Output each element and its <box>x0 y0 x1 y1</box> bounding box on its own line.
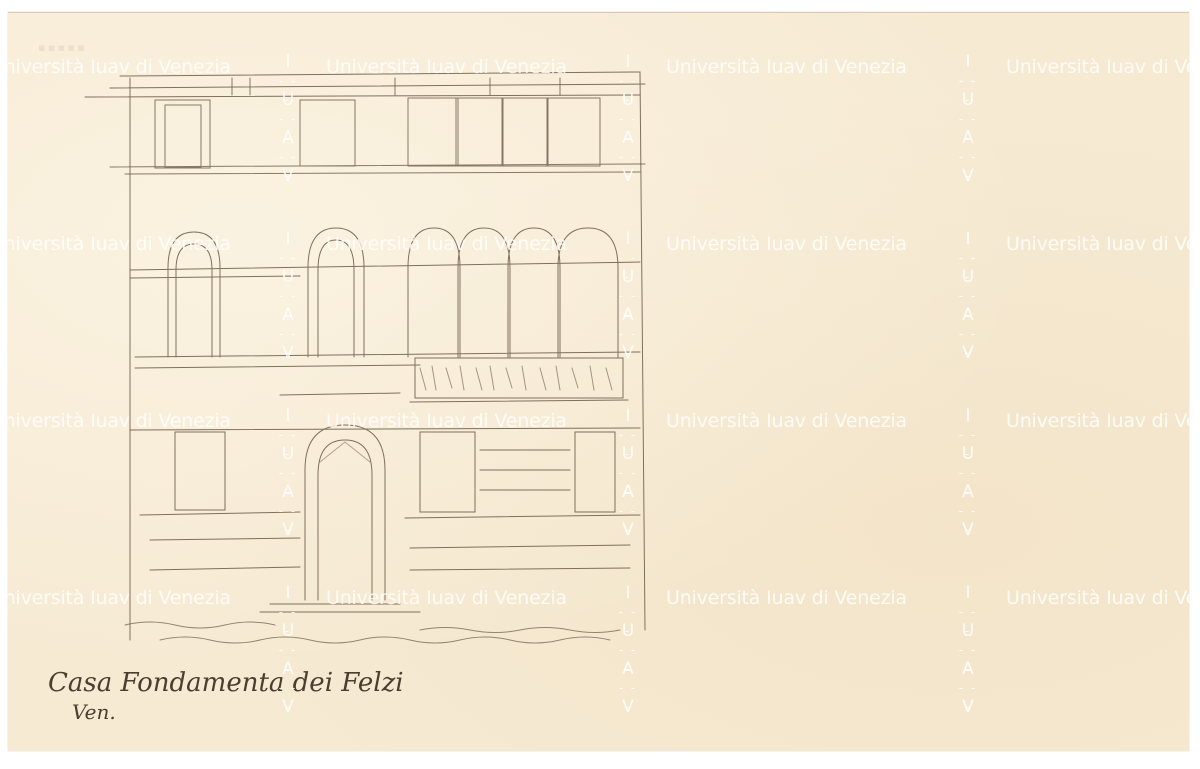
facade-sketch <box>0 0 1200 769</box>
building-outline <box>85 72 645 640</box>
attic-floor <box>110 78 645 174</box>
ground-floor <box>130 393 640 612</box>
piano-nobile <box>130 228 640 402</box>
handwritten-caption-line1: Casa Fondamenta dei Felzi <box>48 668 404 698</box>
handwritten-caption-line2: Ven. <box>72 700 116 724</box>
canal-water <box>125 622 620 643</box>
